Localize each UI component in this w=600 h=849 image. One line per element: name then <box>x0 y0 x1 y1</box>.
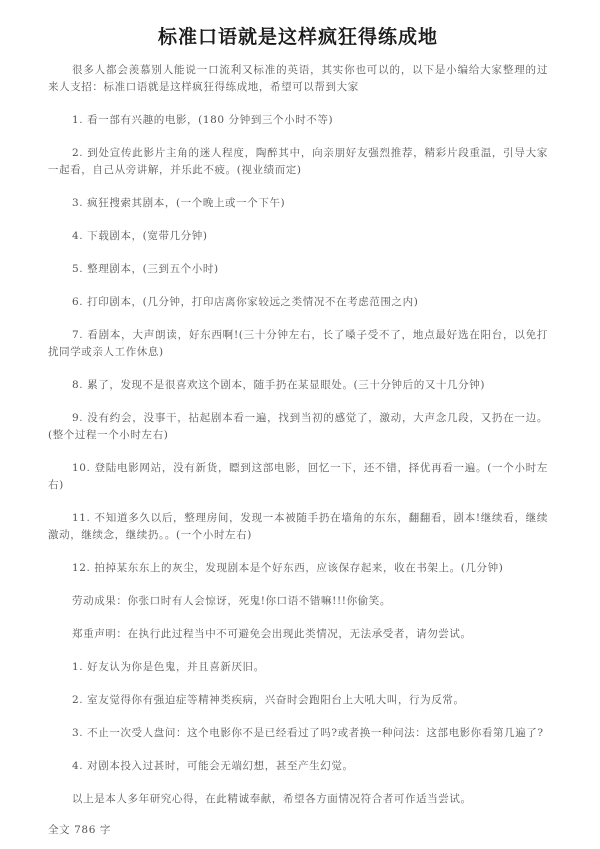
step-item: 6. 打印剧本，(几分钟，打印店离你家较远之类情况不在考虑范围之内) <box>48 294 548 311</box>
step-item: 9. 没有约会，没事干，拈起剧本看一遍，找到当初的感觉了，激动，大声念几段，又扔… <box>48 410 548 444</box>
intro-paragraph: 很多人都会羡慕别人能说一口流利又标准的英语，其实你也可以的，以下是小编给大家整理… <box>48 62 548 96</box>
step-item: 7. 看剧本，大声朗读，好东西啊!(三十分钟左右，长了嗓子受不了，地点最好选在阳… <box>48 327 548 361</box>
conclusion-paragraph: 以上是本人多年研究心得，在此精诚奉献，希望各方面情况符合者可作适当尝试。 <box>48 791 548 808</box>
side-effect-item: 2. 室友觉得你有强迫症等精神类疾病，兴奋时会跑阳台上大吼大叫，行为反常。 <box>48 692 548 709</box>
step-item: 4. 下载剧本，(宽带几分钟) <box>48 228 548 245</box>
document-body: 很多人都会羡慕别人能说一口流利又标准的英语，其实你也可以的，以下是小编给大家整理… <box>48 62 548 839</box>
step-item: 10. 登陆电影网站，没有新货，瞟到这部电影，回忆一下，还不错，择优再看一遍。(… <box>48 460 548 494</box>
step-item: 11. 不知道多久以后，整理房间，发现一本被随手扔在墙角的东东，翻翻看，剧本!继… <box>48 510 548 544</box>
document-page: 标准口语就是这样疯狂得练成地 很多人都会羡慕别人能说一口流利又标准的英语，其实你… <box>48 0 548 849</box>
step-item: 12. 拍掉某东东上的灰尘，发现剧本是个好东西，应该保存起来，收在书架上。(几分… <box>48 560 548 577</box>
side-effect-item: 3. 不止一次受人盘问：这个电影你不是已经看过了吗?或者换一种问法：这部电影你看… <box>48 725 548 742</box>
step-item: 1. 看一部有兴趣的电影，(180 分钟到三个小时不等) <box>48 112 548 129</box>
step-item: 8. 累了，发现不是很喜欢这个剧本，随手扔在某显眼处。(三十分钟后的又十几分钟) <box>48 377 548 394</box>
side-effect-item: 1. 好友认为你是色鬼，并且喜新厌旧。 <box>48 659 548 676</box>
step-item: 3. 疯狂搜索其剧本，(一个晚上或一个下午) <box>48 195 548 212</box>
result-paragraph: 劳动成果：你张口时有人会惊讶，死鬼!你口语不错嘛!!!你偷笑。 <box>48 593 548 610</box>
side-effect-item: 4. 对剧本投入过甚时，可能会无端幻想，甚至产生幻觉。 <box>48 758 548 775</box>
document-title: 标准口语就是这样疯狂得练成地 <box>48 0 548 52</box>
word-count: 全文 786 字 <box>48 822 548 839</box>
step-item: 2. 到处宣传此影片主角的迷人程度，陶醉其中，向亲朋好友强烈推荐，精彩片段重温，… <box>48 145 548 179</box>
step-item: 5. 整理剧本，(三到五个小时) <box>48 261 548 278</box>
disclaimer-paragraph: 郑重声明：在执行此过程当中不可避免会出现此类情况，无法承受者，请勿尝试。 <box>48 626 548 643</box>
